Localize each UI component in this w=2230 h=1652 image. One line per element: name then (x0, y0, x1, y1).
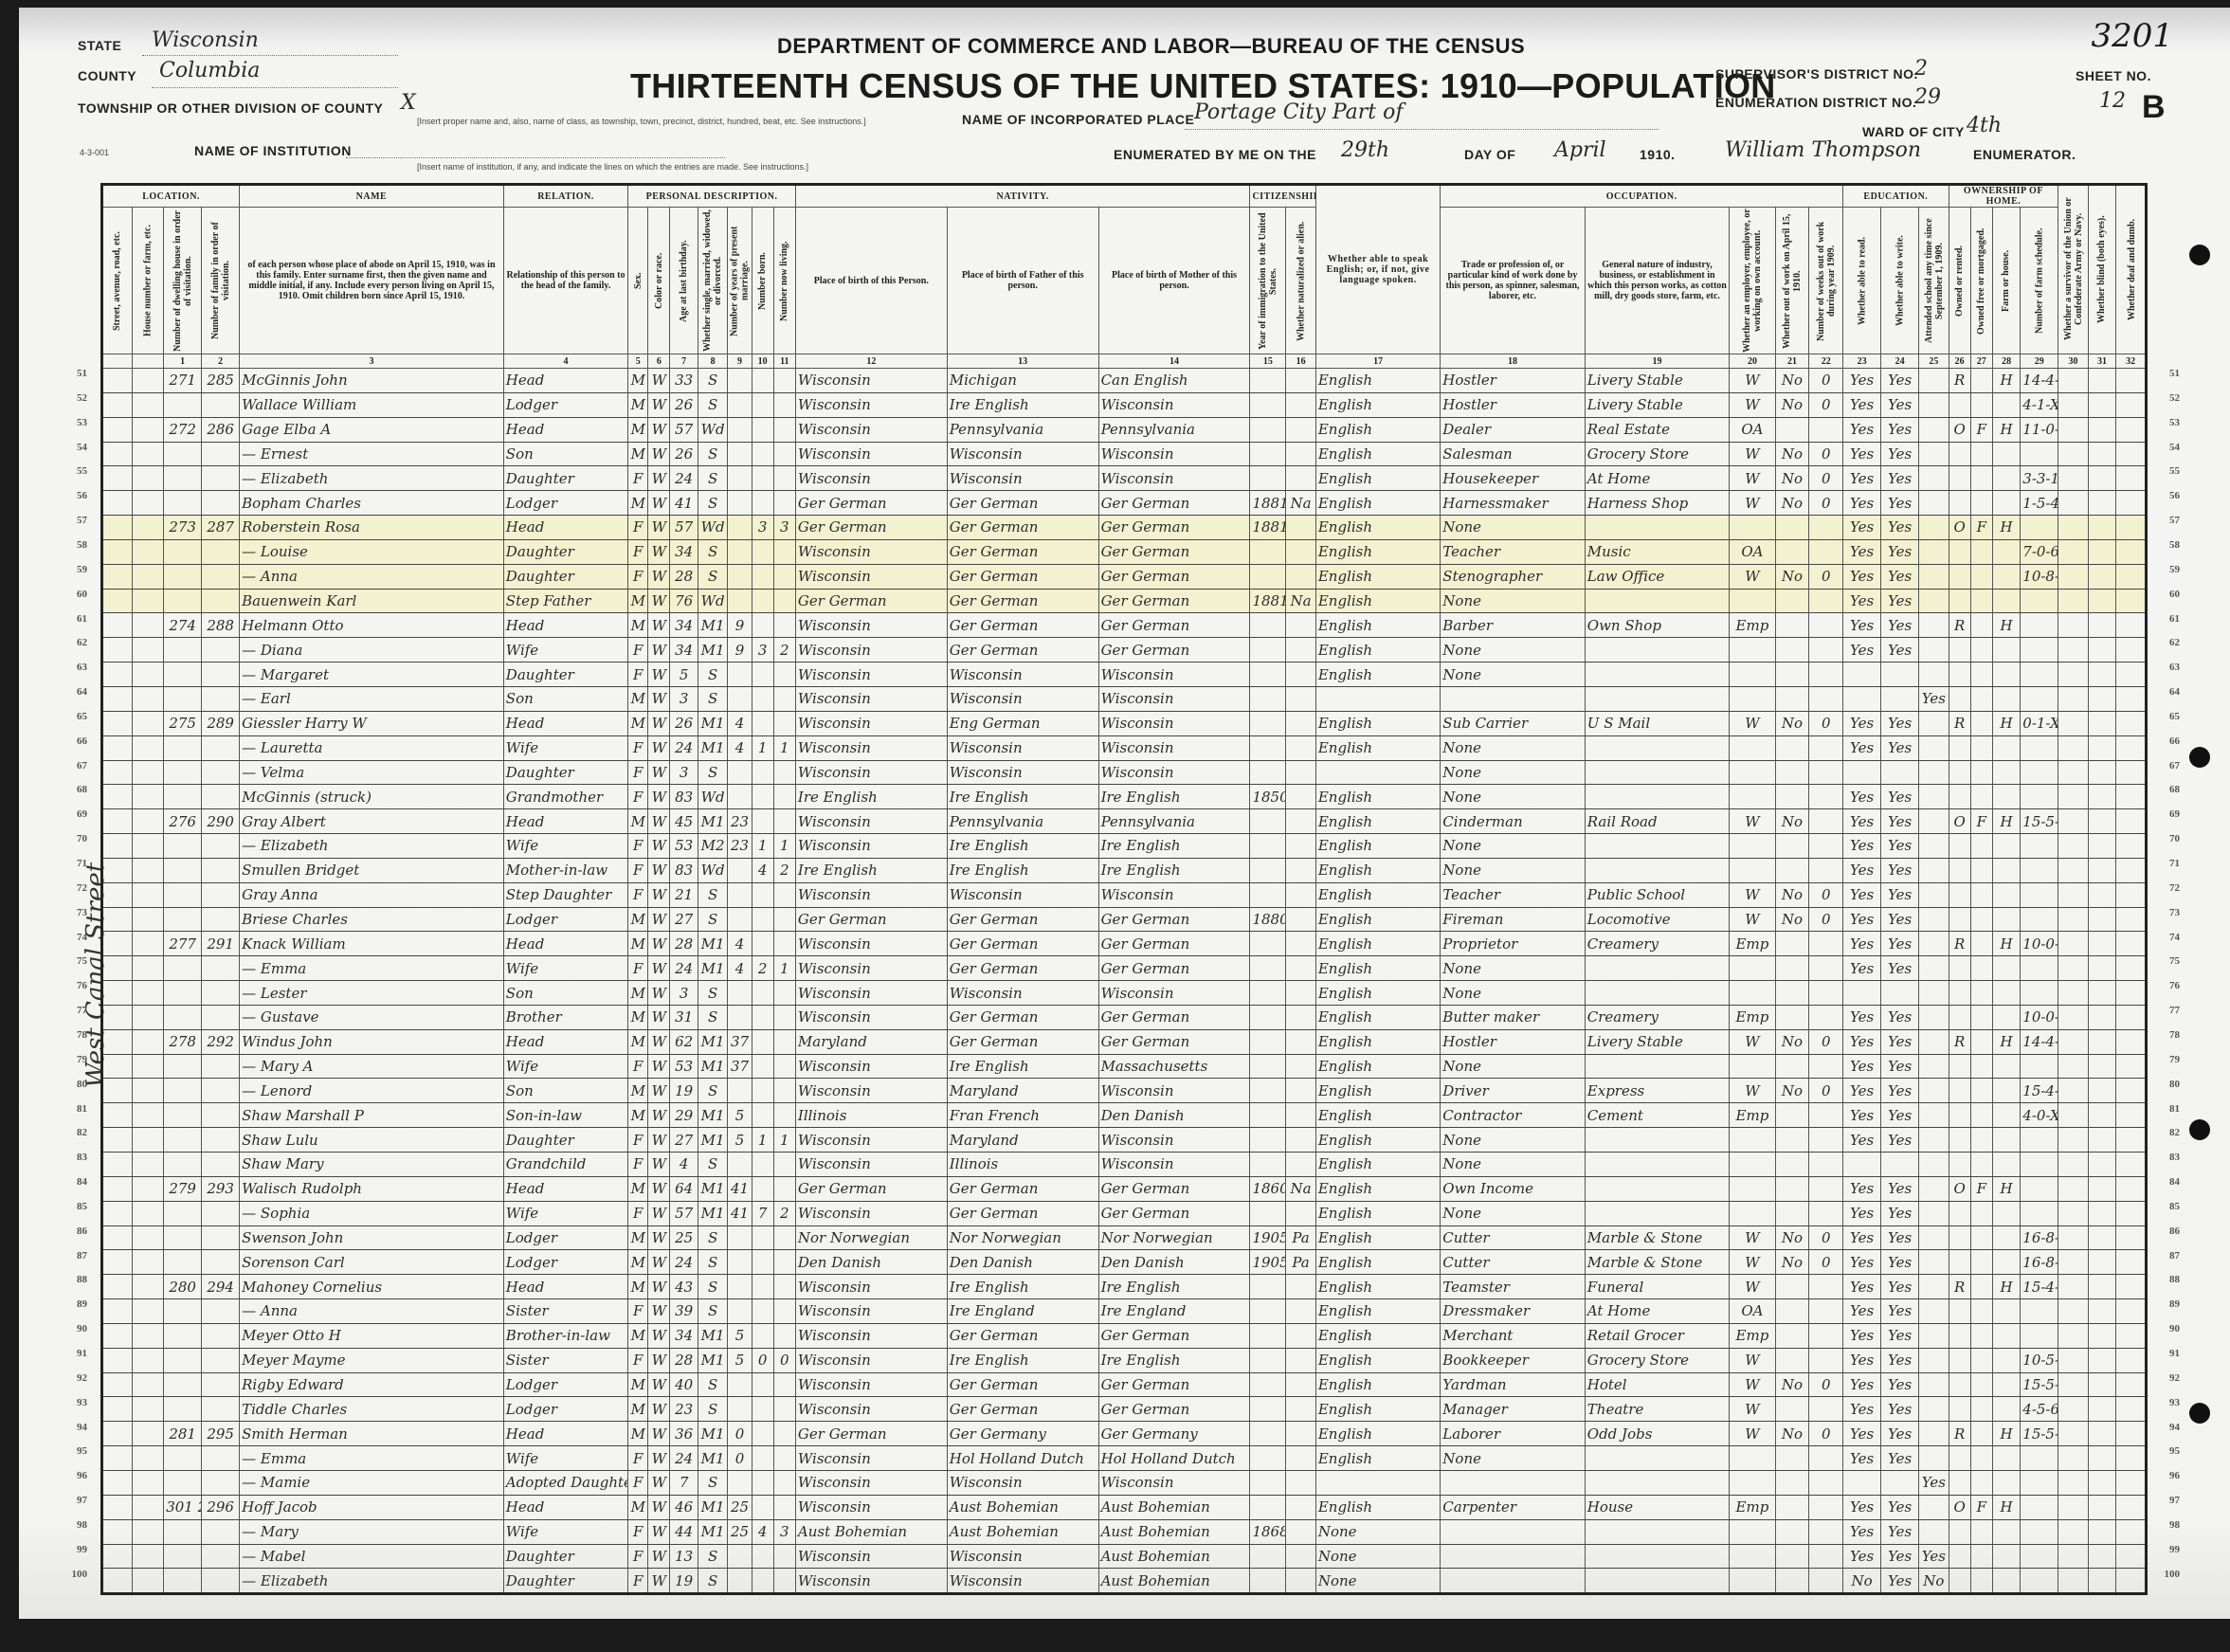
mother-birthplace-cell: Pennsylvania (1098, 417, 1250, 442)
children-living-cell (773, 466, 795, 491)
family-number-cell: 286 (202, 417, 240, 442)
employer-status-cell: OA (1730, 539, 1775, 564)
sex-cell: F (628, 735, 648, 760)
industry-cell (1585, 663, 1729, 687)
ward-label: WARD OF CITY (1862, 124, 1965, 139)
years-married-cell (728, 663, 752, 687)
farm-house-cell (1992, 735, 2020, 760)
family-number-cell (202, 1201, 240, 1225)
years-married-cell (728, 760, 752, 785)
house-number-cell (132, 760, 164, 785)
employer-status-cell: W (1730, 1250, 1775, 1275)
family-number-cell (202, 1323, 240, 1348)
punch-hole (2189, 1119, 2210, 1140)
blind-cell (2088, 392, 2115, 417)
immigration-year-cell (1250, 1348, 1286, 1372)
birthplace-cell: Wisconsin (795, 392, 947, 417)
group-personal: PERSONAL DESCRIPTION. (628, 185, 796, 208)
street-cell (102, 760, 133, 785)
header-name: of each person whose place of abode on A… (240, 208, 504, 354)
person-name-cell: Meyer Mayme (240, 1348, 504, 1372)
naturalization-cell: Na (1286, 589, 1316, 613)
children-living-cell (773, 1495, 795, 1519)
trade-cell: None (1441, 1446, 1585, 1471)
header-farm-schedule: Number of farm schedule. (2021, 208, 2058, 354)
father-birthplace-cell: Ire English (947, 1275, 1098, 1299)
deaf-cell (2116, 1544, 2147, 1569)
house-number-cell (132, 907, 164, 932)
deaf-cell (2116, 907, 2147, 932)
line-number: 83 (61, 1152, 87, 1163)
industry-cell (1585, 1446, 1729, 1471)
farm-house-cell (1992, 1128, 2020, 1153)
marital-status-cell: M1 (698, 1422, 728, 1446)
farm-house-cell (1992, 882, 2020, 907)
write-cell: Yes (1881, 1299, 1919, 1324)
sex-cell: M (628, 1103, 648, 1128)
race-cell: W (648, 1495, 670, 1519)
house-number-cell (132, 1569, 164, 1594)
immigration-year-cell (1250, 1446, 1286, 1471)
sex-cell: M (628, 1005, 648, 1029)
sex-cell: M (628, 1422, 648, 1446)
birthplace-cell: Wisconsin (795, 1005, 947, 1029)
house-number-cell (132, 1079, 164, 1103)
house-number-cell (132, 1201, 164, 1225)
veteran-cell (2058, 417, 2089, 442)
person-name-cell: Smith Herman (240, 1422, 504, 1446)
deaf-cell (2116, 392, 2147, 417)
line-number: 77 (61, 1005, 87, 1016)
age-cell: 24 (670, 735, 698, 760)
marital-status-cell: Wd (698, 785, 728, 809)
line-number: 70 (61, 833, 87, 844)
children-born-cell (752, 785, 773, 809)
veteran-cell (2058, 1323, 2089, 1348)
birthplace-cell: Wisconsin (795, 1348, 947, 1372)
school-cell (1919, 613, 1949, 638)
column-number: 6 (648, 354, 670, 369)
industry-cell (1585, 760, 1729, 785)
father-birthplace-cell: Maryland (947, 1079, 1098, 1103)
years-married-cell: 4 (728, 932, 752, 956)
column-number-row: 1234567891011121314151617181920212223242… (102, 354, 2147, 369)
age-cell: 43 (670, 1275, 698, 1299)
age-cell: 64 (670, 1176, 698, 1201)
mortgage-cell (1970, 589, 1992, 613)
children-living-cell (773, 1422, 795, 1446)
sheet-value: 12 (2099, 89, 2126, 113)
dwelling-number-cell (164, 1446, 202, 1471)
house-number-cell (132, 442, 164, 466)
house-number-cell (132, 1275, 164, 1299)
mother-birthplace-cell: Ger German (1098, 564, 1250, 589)
employer-status-cell: W (1730, 442, 1775, 466)
birthplace-cell: Maryland (795, 1029, 947, 1054)
deaf-cell (2116, 1250, 2147, 1275)
house-number-cell (132, 1225, 164, 1250)
house-number-cell (132, 1544, 164, 1569)
farm-schedule-cell: 3-3-1-X (2021, 466, 2058, 491)
header-dwelling: Number of dwelling house in order of vis… (164, 208, 202, 354)
header-born: Number born. (752, 208, 773, 354)
age-cell: 7 (670, 1470, 698, 1495)
write-cell (1881, 1470, 1919, 1495)
relation-cell: Head (503, 516, 627, 540)
marital-status-cell: S (698, 539, 728, 564)
family-number-cell (202, 638, 240, 663)
school-cell (1919, 1372, 1949, 1397)
children-born-cell (752, 686, 773, 711)
column-number: 8 (698, 354, 728, 369)
immigration-year-cell (1250, 1470, 1286, 1495)
veteran-cell (2058, 663, 2089, 687)
years-married-cell (728, 1275, 752, 1299)
children-living-cell: 3 (773, 516, 795, 540)
mother-birthplace-cell: Wisconsin (1098, 711, 1250, 735)
mother-birthplace-cell: Ire English (1098, 785, 1250, 809)
father-birthplace-cell: Wisconsin (947, 1544, 1098, 1569)
naturalization-cell (1286, 1128, 1316, 1153)
write-cell: Yes (1881, 442, 1919, 466)
farm-house-cell (1992, 1372, 2020, 1397)
family-number-cell (202, 1128, 240, 1153)
naturalization-cell (1286, 539, 1316, 564)
mortgage-cell (1970, 1128, 1992, 1153)
line-number: 88 (2153, 1274, 2180, 1285)
veteran-cell (2058, 981, 2089, 1006)
marital-status-cell: S (698, 1372, 728, 1397)
sex-cell: F (628, 1544, 648, 1569)
farm-house-cell (1992, 1544, 2020, 1569)
children-born-cell (752, 1054, 773, 1079)
birthplace-cell: Ger German (795, 907, 947, 932)
race-cell: W (648, 1201, 670, 1225)
census-row: — LaurettaWifeFW24M1411WisconsinWisconsi… (102, 735, 2147, 760)
out-of-work-cell: No (1775, 809, 1809, 834)
years-married-cell: 23 (728, 809, 752, 834)
employer-status-cell: OA (1730, 1299, 1775, 1324)
farm-schedule-cell (2021, 1569, 2058, 1594)
relation-cell: Wife (503, 1201, 627, 1225)
veteran-cell (2058, 1201, 2089, 1225)
trade-cell (1441, 1569, 1585, 1594)
marital-status-cell: S (698, 1250, 728, 1275)
veteran-cell (2058, 1153, 2089, 1177)
relation-cell: Head (503, 1495, 627, 1519)
weeks-out-cell (1809, 735, 1843, 760)
farm-house-cell (1992, 1153, 2020, 1177)
veteran-cell (2058, 1250, 2089, 1275)
age-cell: 76 (670, 589, 698, 613)
children-born-cell (752, 392, 773, 417)
years-married-cell: 0 (728, 1422, 752, 1446)
immigration-year-cell (1250, 956, 1286, 981)
veteran-cell (2058, 589, 2089, 613)
weeks-out-cell (1809, 1201, 1843, 1225)
blind-cell (2088, 809, 2115, 834)
street-cell (102, 613, 133, 638)
house-number-cell (132, 1299, 164, 1324)
farm-schedule-cell: 15-4-X-3 (2021, 1275, 2058, 1299)
dwelling-number-cell (164, 907, 202, 932)
column-number: 25 (1919, 354, 1949, 369)
write-cell: Yes (1881, 956, 1919, 981)
father-birthplace-cell: Ger Germany (947, 1422, 1098, 1446)
house-number-cell (132, 981, 164, 1006)
employer-status-cell (1730, 760, 1775, 785)
person-name-cell: — Anna (240, 1299, 504, 1324)
birthplace-cell: Wisconsin (795, 1544, 947, 1569)
write-cell (1881, 760, 1919, 785)
birthplace-cell: Wisconsin (795, 686, 947, 711)
mother-birthplace-cell: Wisconsin (1098, 1470, 1250, 1495)
blind-cell (2088, 1397, 2115, 1422)
street-cell (102, 1397, 133, 1422)
naturalization-cell (1286, 1470, 1316, 1495)
birthplace-cell: Wisconsin (795, 1495, 947, 1519)
sex-cell: F (628, 1519, 648, 1544)
immigration-year-cell (1250, 1323, 1286, 1348)
write-cell: Yes (1881, 491, 1919, 516)
language-cell: None (1315, 1519, 1440, 1544)
years-married-cell (728, 392, 752, 417)
census-row: — SophiaWifeFW57M14172WisconsinGer Germa… (102, 1201, 2147, 1225)
line-number: 68 (2153, 784, 2180, 795)
years-married-cell (728, 1153, 752, 1177)
father-birthplace-cell: Fran French (947, 1103, 1098, 1128)
father-birthplace-cell: Wisconsin (947, 882, 1098, 907)
line-number: 87 (2153, 1250, 2180, 1262)
industry-cell (1585, 638, 1729, 663)
naturalization-cell (1286, 1372, 1316, 1397)
line-number: 98 (61, 1519, 87, 1531)
veteran-cell (2058, 882, 2089, 907)
language-cell: English (1315, 442, 1440, 466)
father-birthplace-cell: Ger German (947, 589, 1098, 613)
age-cell: 44 (670, 1519, 698, 1544)
deaf-cell (2116, 613, 2147, 638)
dwelling-number-cell (164, 760, 202, 785)
years-married-cell: 5 (728, 1348, 752, 1372)
blind-cell (2088, 1569, 2115, 1594)
blind-cell (2088, 907, 2115, 932)
immigration-year-cell: 1850 (1250, 785, 1286, 809)
immigration-year-cell (1250, 369, 1286, 393)
trade-cell: Manager (1441, 1397, 1585, 1422)
read-cell: Yes (1843, 417, 1881, 442)
immigration-year-cell (1250, 1397, 1286, 1422)
person-name-cell: — Sophia (240, 1201, 504, 1225)
weeks-out-cell: 0 (1809, 1372, 1843, 1397)
mortgage-cell (1970, 882, 1992, 907)
school-cell (1919, 785, 1949, 809)
age-cell: 41 (670, 491, 698, 516)
age-cell: 36 (670, 1422, 698, 1446)
farm-house-cell (1992, 663, 2020, 687)
mortgage-cell: F (1970, 417, 1992, 442)
census-row: Meyer Otto HBrother-in-lawMW34M15Wiscons… (102, 1323, 2147, 1348)
header-veteran: Whether a survivor of the Union or Confe… (2058, 185, 2089, 354)
language-cell: English (1315, 1029, 1440, 1054)
census-row: McGinnis (struck)GrandmotherFW83WdIre En… (102, 785, 2147, 809)
veteran-cell (2058, 1225, 2089, 1250)
read-cell: Yes (1843, 907, 1881, 932)
language-cell: English (1315, 1446, 1440, 1471)
mother-birthplace-cell: Ger German (1098, 1397, 1250, 1422)
house-number-cell (132, 1176, 164, 1201)
line-number: 66 (61, 735, 87, 747)
street-cell (102, 1422, 133, 1446)
children-born-cell: 7 (752, 1201, 773, 1225)
farm-house-cell (1992, 589, 2020, 613)
farm-schedule-cell (2021, 663, 2058, 687)
family-number-cell (202, 1544, 240, 1569)
institution-label: NAME OF INSTITUTION (194, 143, 352, 158)
school-cell (1919, 1128, 1949, 1153)
family-number-cell (202, 981, 240, 1006)
line-number: 91 (2153, 1348, 2180, 1359)
age-cell: 33 (670, 369, 698, 393)
employer-status-cell: Emp (1730, 932, 1775, 956)
dwelling-number-cell (164, 956, 202, 981)
immigration-year-cell (1250, 564, 1286, 589)
mother-birthplace-cell: Wisconsin (1098, 663, 1250, 687)
years-married-cell: 5 (728, 1323, 752, 1348)
read-cell: Yes (1843, 1250, 1881, 1275)
mortgage-cell (1970, 735, 1992, 760)
blind-cell (2088, 638, 2115, 663)
out-of-work-cell: No (1775, 711, 1809, 735)
veteran-cell (2058, 1397, 2089, 1422)
language-cell: English (1315, 1299, 1440, 1324)
naturalization-cell (1286, 1397, 1316, 1422)
race-cell: W (648, 932, 670, 956)
read-cell: Yes (1843, 932, 1881, 956)
language-cell (1315, 760, 1440, 785)
out-of-work-cell (1775, 589, 1809, 613)
employer-status-cell: W (1730, 809, 1775, 834)
age-cell: 26 (670, 392, 698, 417)
birthplace-cell: Ger German (795, 589, 947, 613)
owned-rented-cell (1949, 1446, 1970, 1471)
farm-schedule-cell (2021, 1201, 2058, 1225)
owned-rented-cell: R (1949, 613, 1970, 638)
write-cell: Yes (1881, 785, 1919, 809)
children-living-cell (773, 686, 795, 711)
deaf-cell (2116, 1054, 2147, 1079)
farm-house-cell (1992, 1519, 2020, 1544)
farm-schedule-cell: 14-4-1-X-2 (2021, 1029, 2058, 1054)
marital-status-cell: S (698, 760, 728, 785)
sex-cell: F (628, 760, 648, 785)
industry-cell: Grocery Store (1585, 442, 1729, 466)
father-birthplace-cell: Ger German (947, 907, 1098, 932)
employer-status-cell (1730, 785, 1775, 809)
census-row: 279293Walisch RudolphHeadMW64M141Ger Ger… (102, 1176, 2147, 1201)
mother-birthplace-cell: Ger German (1098, 932, 1250, 956)
children-born-cell (752, 1005, 773, 1029)
marital-status-cell: S (698, 1470, 728, 1495)
mortgage-cell (1970, 956, 1992, 981)
veteran-cell (2058, 369, 2089, 393)
industry-cell: Real Estate (1585, 417, 1729, 442)
veteran-cell (2058, 735, 2089, 760)
header-birthplace: Place of birth of this Person. (795, 208, 947, 354)
read-cell: Yes (1843, 1299, 1881, 1324)
supervisor-district-label: SUPERVISOR'S DISTRICT NO. (1715, 66, 1918, 82)
marital-status-cell: S (698, 369, 728, 393)
street-cell (102, 466, 133, 491)
family-number-cell: 290 (202, 809, 240, 834)
person-name-cell: Swenson John (240, 1225, 504, 1250)
line-number: 76 (61, 980, 87, 991)
marital-status-cell: M1 (698, 1176, 728, 1201)
farm-house-cell: H (1992, 1029, 2020, 1054)
children-born-cell (752, 369, 773, 393)
birthplace-cell: Wisconsin (795, 932, 947, 956)
immigration-year-cell (1250, 1422, 1286, 1446)
race-cell: W (648, 417, 670, 442)
industry-cell (1585, 1176, 1729, 1201)
relation-cell: Head (503, 369, 627, 393)
house-number-cell (132, 663, 164, 687)
header-blind: Whether blind (both eyes). (2088, 185, 2115, 354)
house-number-cell (132, 1103, 164, 1128)
industry-cell: Public School (1585, 882, 1729, 907)
race-cell: W (648, 1422, 670, 1446)
blind-cell (2088, 956, 2115, 981)
language-cell: English (1315, 613, 1440, 638)
out-of-work-cell: No (1775, 1372, 1809, 1397)
header-race: Color or race. (648, 208, 670, 354)
children-born-cell (752, 1422, 773, 1446)
mortgage-cell (1970, 564, 1992, 589)
family-number-cell (202, 882, 240, 907)
birthplace-cell: Den Danish (795, 1250, 947, 1275)
trade-cell: Hostler (1441, 392, 1585, 417)
owned-rented-cell (1949, 539, 1970, 564)
farm-house-cell (1992, 834, 2020, 859)
age-cell: 62 (670, 1029, 698, 1054)
dwelling-number-cell: 278 (164, 1029, 202, 1054)
dwelling-number-cell (164, 442, 202, 466)
deaf-cell (2116, 932, 2147, 956)
deaf-cell (2116, 1470, 2147, 1495)
relation-cell: Grandchild (503, 1153, 627, 1177)
out-of-work-cell: No (1775, 882, 1809, 907)
mother-birthplace-cell: Can English (1098, 369, 1250, 393)
veteran-cell (2058, 539, 2089, 564)
farm-house-cell (1992, 1397, 2020, 1422)
mortgage-cell (1970, 1299, 1992, 1324)
sex-cell: F (628, 785, 648, 809)
relation-cell: Head (503, 1275, 627, 1299)
immigration-year-cell (1250, 442, 1286, 466)
sex-cell: F (628, 882, 648, 907)
house-number-cell (132, 1446, 164, 1471)
children-living-cell: 1 (773, 956, 795, 981)
school-cell (1919, 1005, 1949, 1029)
race-cell: W (648, 1569, 670, 1594)
language-cell: English (1315, 392, 1440, 417)
race-cell: W (648, 1128, 670, 1153)
out-of-work-cell (1775, 1348, 1809, 1372)
person-name-cell: Roberstein Rosa (240, 516, 504, 540)
read-cell: Yes (1843, 711, 1881, 735)
census-row: 281295Smith HermanHeadMW36M10Ger GermanG… (102, 1422, 2147, 1446)
dwelling-number-cell (164, 663, 202, 687)
